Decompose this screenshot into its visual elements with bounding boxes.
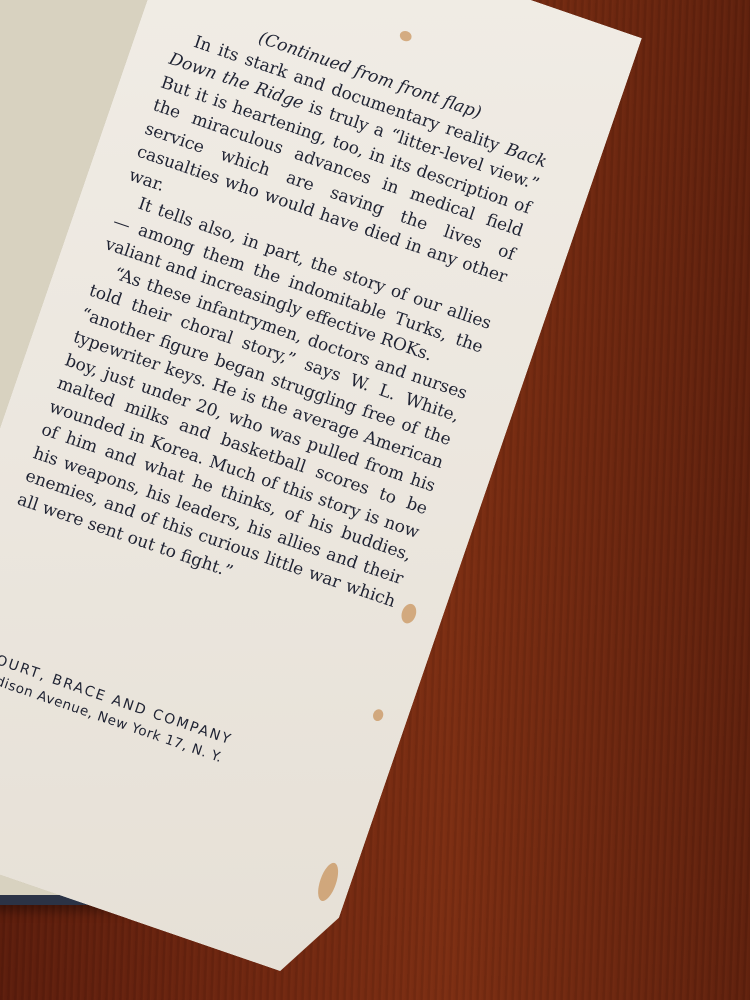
foxing-stain <box>371 708 384 723</box>
foxing-stain <box>398 29 413 42</box>
publisher-block: HARCOURT, BRACE AND COMPANY 383 Madison … <box>0 637 352 808</box>
foxing-stain <box>314 860 342 903</box>
foxing-stain <box>399 602 419 625</box>
publisher-name: HARCOURT, BRACE AND COMPANY <box>0 637 352 789</box>
